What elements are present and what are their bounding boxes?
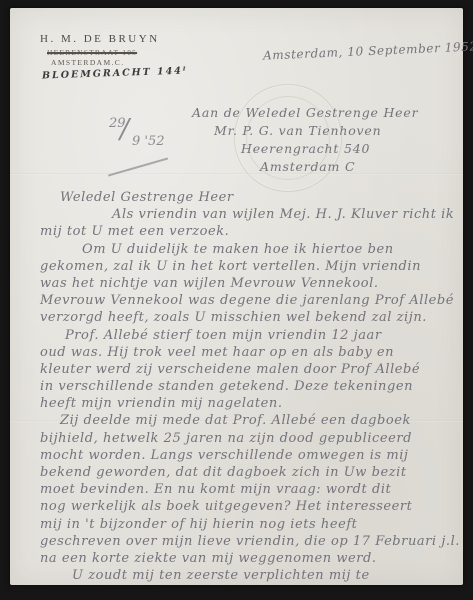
letter-line: kleuter werd zij verscheidene malen door… (40, 361, 460, 378)
date-line: Amsterdam, 10 September 1952 (263, 39, 473, 62)
letter-line: bijhield, hetwelk 25 jaren na zijn dood … (40, 430, 460, 447)
recipient-line: Mr. P. G. van Tienhoven (214, 123, 381, 138)
salutation: Weledel Gestrenge Heer (40, 189, 460, 206)
letter-line: in verschillende standen getekend. Deze … (40, 378, 460, 395)
letter-line: nog werkelijk als boek uitgegeven? Het i… (40, 498, 460, 515)
archival-note: 29 / 9 '52 (105, 116, 185, 180)
letter-line: mij tot U met een verzoek. (40, 223, 460, 240)
letter-line: Prof. Allebé stierf toen mijn vriendin 1… (40, 327, 460, 344)
letterhead-name: H. M. DE BRUYN (40, 33, 160, 45)
letter-line: was het nichtje van wijlen Mevrouw Venne… (40, 275, 460, 292)
letter-line: verzorgd heeft, zoals U misschien wel be… (40, 309, 460, 326)
letter-line: geschreven over mijn lieve vriendin, die… (40, 533, 460, 550)
recipient-line: Amsterdam C (260, 159, 355, 174)
letterhead-handwritten-address: BLOEMGRACHT 144ᴵ (42, 65, 188, 81)
letter-line: na een korte ziekte van mij weggenomen w… (40, 550, 460, 567)
letter-line: oud was. Hij trok veel met haar op en al… (40, 344, 460, 361)
letter-line: gekomen, zal ik U in het kort vertellen.… (40, 258, 460, 275)
letter-line: U zoudt mij ten zeerste verplichten mij … (40, 567, 460, 584)
letter-line: mocht worden. Langs verschillende omwege… (40, 447, 460, 464)
recipient-line: Aan de Weledel Gestrenge Heer (192, 105, 418, 120)
recipient-line: Heerengracht 540 (241, 141, 370, 156)
letter-line: Om U duidelijk te maken hoe ik hiertoe b… (40, 241, 460, 258)
fold-crease (10, 173, 463, 175)
letter-line: Zij deelde mij mede dat Prof. Allebé een… (40, 412, 460, 429)
letter-paper: H. M. DE BRUYN HEERENSTRAAT 105 AMSTERDA… (10, 8, 463, 585)
letterhead-struck-address: HEERENSTRAAT 105 (47, 48, 137, 57)
letter-line: Als vriendin van wijlen Mej. H. J. Kluve… (40, 206, 460, 223)
letter-line: heeft mijn vriendin mij nagelaten. (40, 395, 460, 412)
letter-body: Weledel Gestrenge Heer Als vriendin van … (40, 189, 460, 584)
letterhead-city: AMSTERDAM.C. (51, 58, 124, 67)
letter-line: Mevrouw Vennekool was degene die jarenla… (40, 292, 460, 309)
letter-line: bekend geworden, dat dit dagboek zich in… (40, 464, 460, 481)
embossed-seal (234, 84, 342, 192)
archival-note-underline (108, 157, 168, 176)
archival-note-slash: / (120, 114, 129, 145)
letter-line: moet bevinden. En nu komt mijn vraag: wo… (40, 481, 460, 498)
archival-note-rest: 9 '52 (132, 134, 165, 149)
letter-line: mij in 't bijzonder of hij hierin nog ie… (40, 516, 460, 533)
